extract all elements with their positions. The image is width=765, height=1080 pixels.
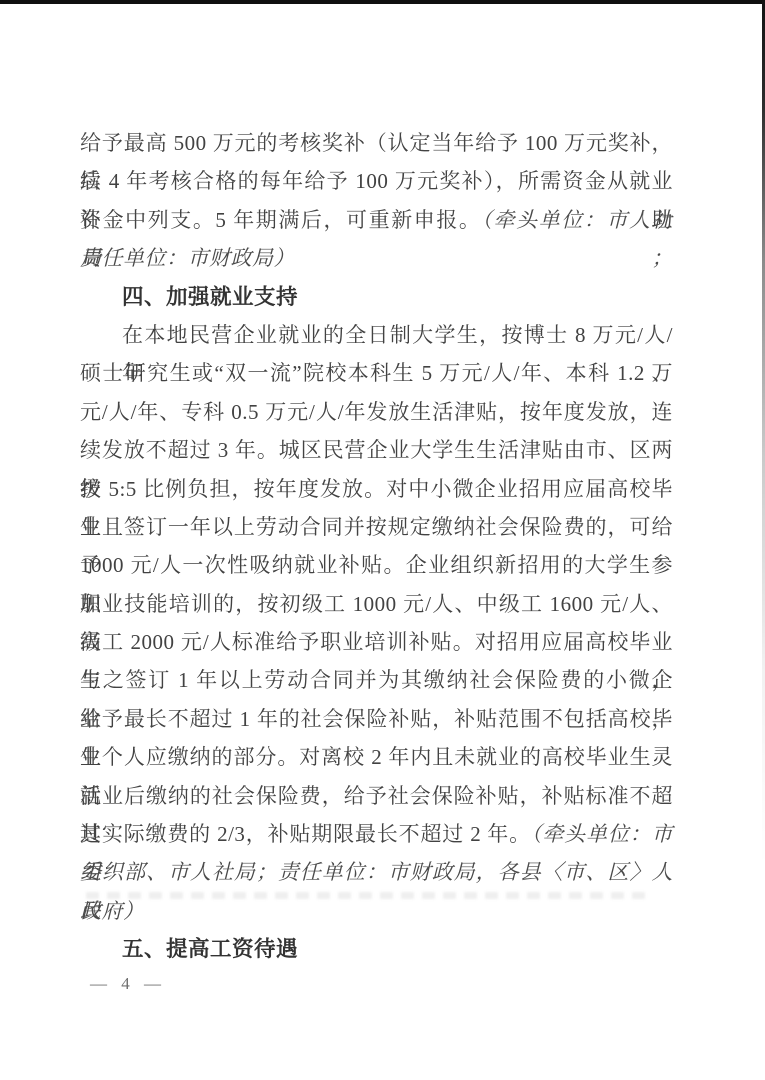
text-line: 硕士研究生或“双一流”院校本科生 5 万元/人/年、本科 1.2 万	[80, 354, 673, 392]
text-line: 续 4 年考核合格的每年给予 100 万元奖补），所需资金从就业补助	[80, 162, 673, 200]
text-line: 生个人应缴纳的部分。对离校 2 年内且未就业的高校毕业生灵活	[80, 738, 673, 776]
text-line: 与之签订 1 年以上劳动合同并为其缴纳社会保险费的小微企业，	[80, 661, 673, 699]
text-block: 给予最高 500 万元的考核奖补（认定当年给予 100 万元奖补，后续 4 年考…	[80, 124, 673, 969]
text-line: 就业后缴纳的社会保险费，给予社会保险补贴，补贴标准不超过	[80, 777, 673, 815]
scan-edge-top-artifact	[0, 0, 765, 4]
text-line: 续发放不超过 3 年。城区民营企业大学生生活津贴由市、区两级	[80, 431, 673, 469]
text-line: 生且签订一年以上劳动合同并按规定缴纳社会保险费的，可给予	[80, 508, 673, 546]
text-line: 级工 2000 元/人标准给予职业培训补贴。对招用应届高校毕业生，	[80, 623, 673, 661]
text-line: 按 5:5 比例负担，按年度发放。对中小微企业招用应届高校毕业	[80, 470, 673, 508]
heading-section-4: 四、加强就业支持	[80, 278, 673, 316]
text-run: 四、加强就业支持	[122, 285, 298, 309]
text-line: 在本地民营企业就业的全日制大学生，按博士 8 万元/人/年、	[80, 316, 673, 354]
text-line: 职业技能培训的，按初级工 1000 元/人、中级工 1600 元/人、高	[80, 585, 673, 623]
text-run: 其实际缴费的 2/3，补贴期限最长不超过 2 年。	[80, 822, 531, 846]
text-run: 硕士研究生或“双一流”院校本科生 5 万元/人/年、本科 1.2 万	[80, 361, 673, 385]
page-number: — 4 —	[90, 974, 162, 994]
text-line: 1000 元/人一次性吸纳就业补贴。企业组织新招用的大学生参加	[80, 546, 673, 584]
text-run: 元/人/年、专科 0.5 万元/人/年发放生活津贴，按年度发放，连	[80, 400, 673, 424]
text-line: 其实际缴费的 2/3，补贴期限最长不超过 2 年。（牵头单位：市委	[80, 815, 673, 853]
text-run: 资金中列支。5 年期满后，可重新申报。	[80, 208, 481, 232]
heading-section-5: 五、提高工资待遇	[80, 930, 673, 968]
unit-annotation-run: 责任单位：市财政局）	[80, 246, 295, 270]
text-run: 五、提高工资待遇	[122, 937, 298, 961]
document-page: 给予最高 500 万元的考核奖补（认定当年给予 100 万元奖补，后续 4 年考…	[0, 0, 765, 1080]
text-line: 资金中列支。5 年期满后，可重新申报。（牵头单位：市人社局；	[80, 201, 673, 239]
text-line: 给予最长不超过 1 年的社会保险补贴，补贴范围不包括高校毕业	[80, 700, 673, 738]
unit-annotation-run: 政府）	[80, 899, 145, 923]
text-line: 政府）	[80, 892, 673, 930]
text-line: 组织部、市人社局；责任单位：市财政局，各县〈市、区〉人民	[80, 853, 673, 891]
text-line: 给予最高 500 万元的考核奖补（认定当年给予 100 万元奖补，后	[80, 124, 673, 162]
text-line: 元/人/年、专科 0.5 万元/人/年发放生活津贴，按年度发放，连	[80, 393, 673, 431]
